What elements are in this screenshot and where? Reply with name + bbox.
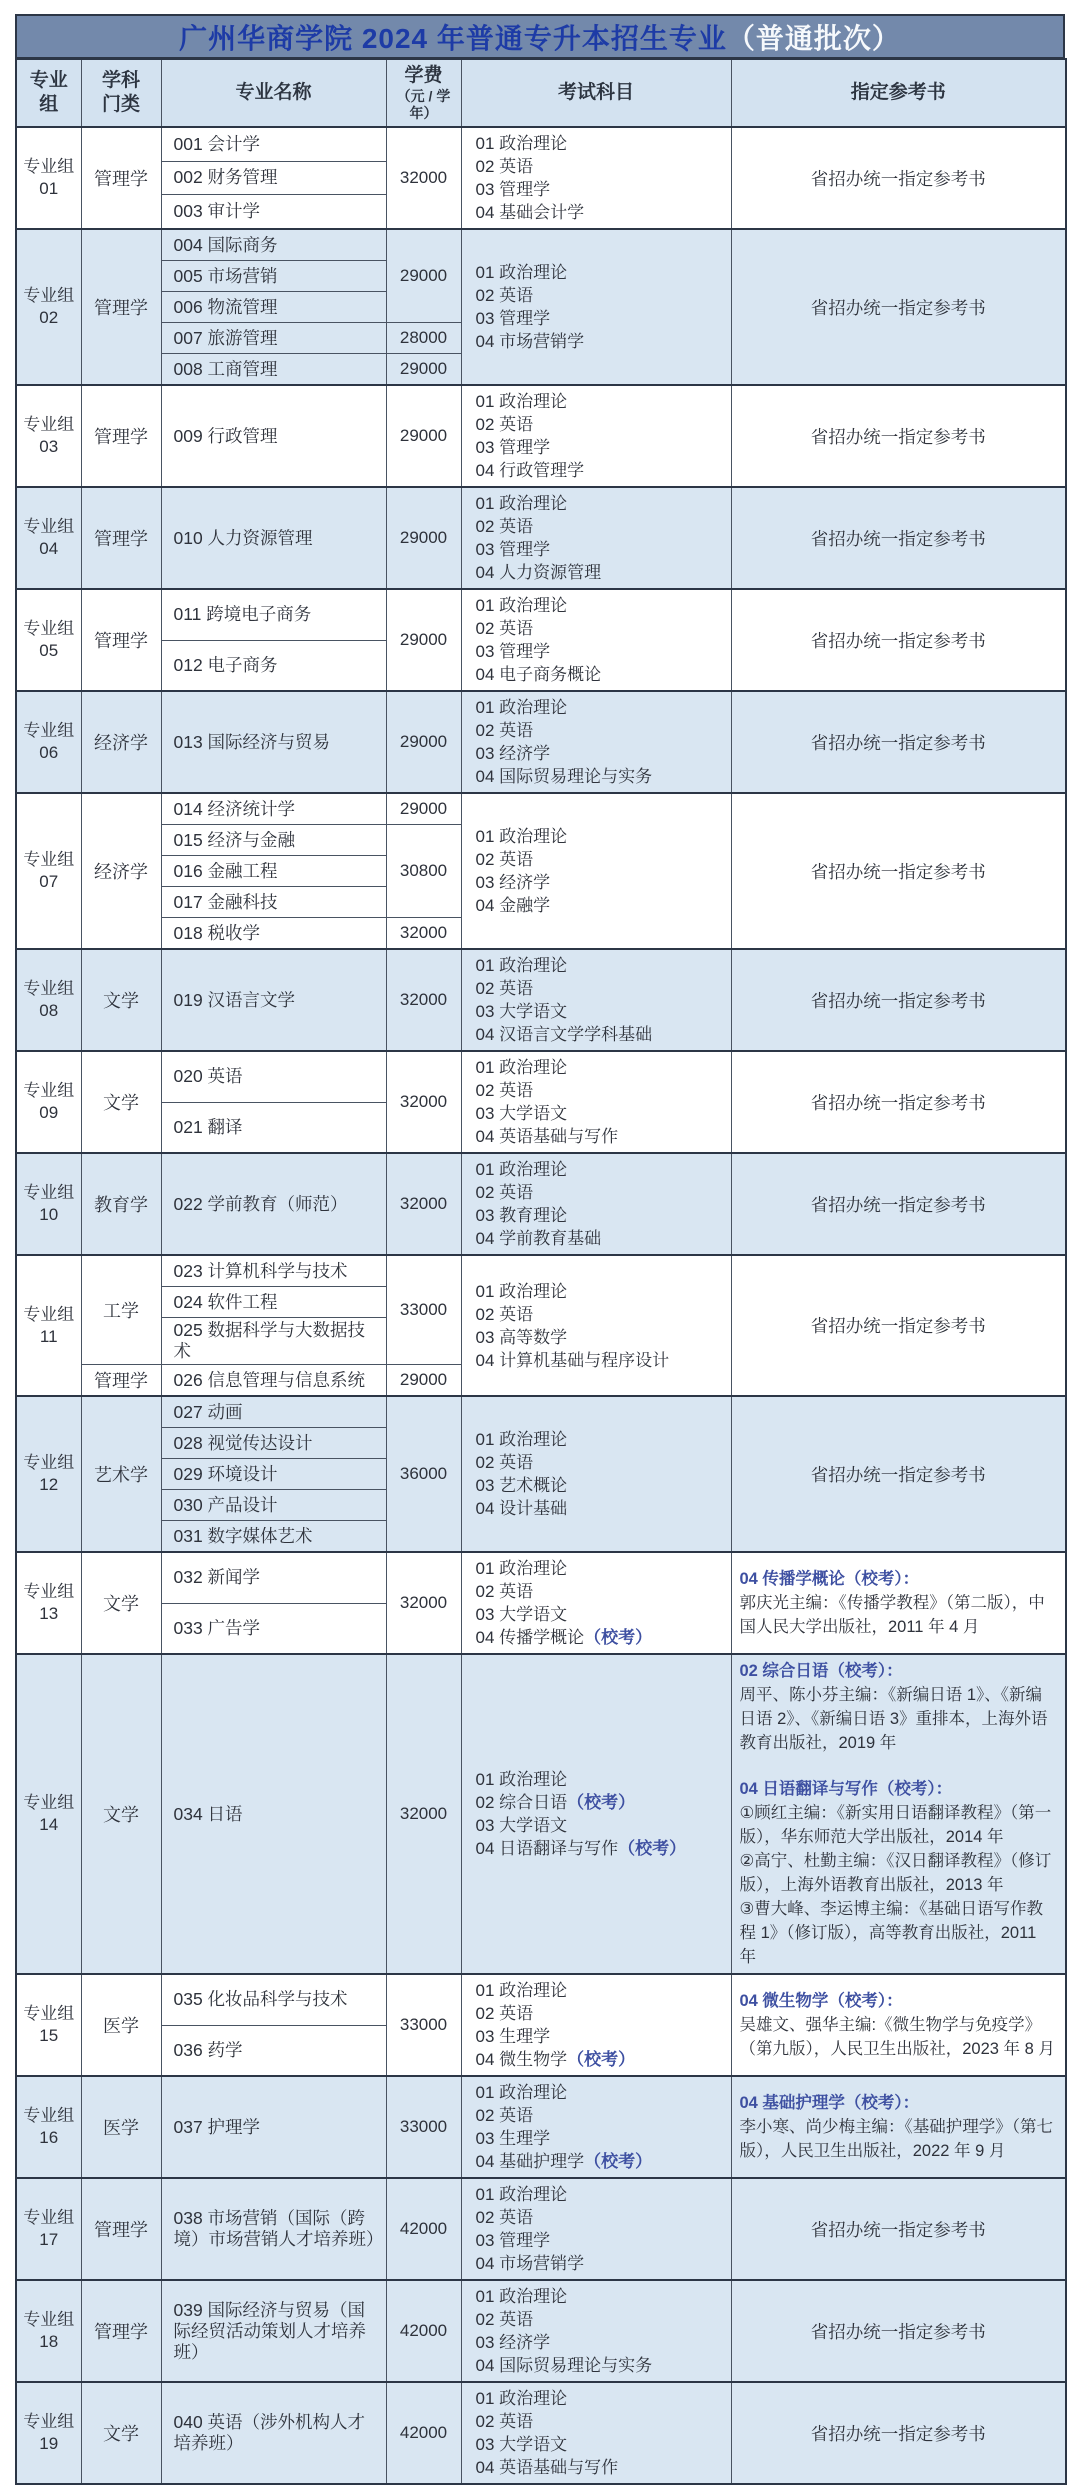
group-number: 11 [17,1326,81,1348]
group-label: 专业组 [17,414,81,436]
group-cell: 专业组11 [16,1255,81,1396]
reference-cell: 省招办统一指定参考书 [731,589,1066,691]
major-cell: 035 化妆品科学与技术 [161,1974,386,2025]
major-cell: 021 翻译 [161,1102,386,1153]
reference-title: 04 基础护理学（校考）： [740,2091,1058,2115]
tuition-cell: 29000 [386,385,461,487]
group-cell: 专业组09 [16,1051,81,1153]
major-name: 003 审计学 [174,199,380,225]
column-header-discipline-line1: 学科 [84,69,159,93]
standard-reference-text: 省招办统一指定参考书 [740,526,1058,551]
reference-cell: 省招办统一指定参考书 [731,385,1066,487]
admissions-table: 专业 组 学科 门类 专业名称 学费 （元 / 学年） 考试科目 指定参考书 专… [15,58,1067,2485]
exam-subject: 02 英语 [476,413,725,436]
subjects-cell: 01 政治理论02 英语03 经济学04 金融学 [461,793,731,949]
group-cell: 专业组14 [16,1654,81,1974]
table-row: 专业组04管理学010 人力资源管理2900001 政治理论02 英语03 管理… [16,487,1066,589]
table-row: 专业组06经济学013 国际经济与贸易2900001 政治理论02 英语03 经… [16,691,1066,793]
exam-subject: 02 英语 [476,284,725,307]
group-number: 04 [17,538,81,560]
exam-subject: 02 英语 [476,155,725,178]
group-cell: 专业组08 [16,949,81,1051]
standard-reference-text: 省招办统一指定参考书 [740,1090,1058,1115]
major-cell: 002 财务管理 [161,161,386,195]
standard-reference-text: 省招办统一指定参考书 [740,988,1058,1013]
discipline-cell: 管理学 [81,229,161,385]
exam-subject: 01 政治理论 [476,390,725,413]
tuition-cell: 32000 [386,1153,461,1255]
subjects-cell: 01 政治理论02 英语03 教育理论04 学前教育基础 [461,1153,731,1255]
tuition-cell: 29000 [386,1365,461,1397]
reference-cell: 省招办统一指定参考书 [731,2178,1066,2280]
tuition-cell: 29000 [386,229,461,323]
major-name: 032 新闻学 [174,1565,380,1591]
reference-cell: 省招办统一指定参考书 [731,2280,1066,2382]
group-number: 01 [17,178,81,200]
reference-title: 04 日语翻译与写作（校考）： [740,1777,1058,1801]
subjects-cell: 01 政治理论02 英语03 高等数学04 计算机基础与程序设计 [461,1255,731,1396]
exam-subject: 04 设计基础 [476,1497,725,1520]
group-cell: 专业组01 [16,127,81,229]
major-name: 034 日语 [174,1801,380,1827]
reference-cell: 省招办统一指定参考书 [731,1051,1066,1153]
tuition-cell: 29000 [386,793,461,825]
major-name: 031 数字媒体艺术 [174,1523,380,1549]
column-header-group-line1: 专业 [19,69,79,93]
major-cell: 004 国际商务 [161,229,386,261]
school-exam-note: （校考） [584,1628,652,1647]
group-cell: 专业组12 [16,1396,81,1552]
tuition-cell: 33000 [386,1255,461,1365]
exam-subject: 01 政治理论 [476,1158,725,1181]
tuition-cell: 33000 [386,2076,461,2178]
reference-cell: 04 基础护理学（校考）：李小寒、尚少梅主编：《基础护理学》（第七版），人民卫生… [731,2076,1066,2178]
major-name: 011 跨境电子商务 [174,602,380,628]
major-name: 006 物流管理 [174,294,380,320]
exam-subject: 01 政治理论 [476,261,725,284]
exam-subject: 01 政治理论 [476,2183,725,2206]
exam-subject: 01 政治理论 [476,1428,725,1451]
reference-cell: 省招办统一指定参考书 [731,1153,1066,1255]
subjects-cell: 01 政治理论02 英语03 管理学04 电子商务概论 [461,589,731,691]
subjects-cell: 01 政治理论02 综合日语（校考）03 大学语文04 日语翻译与写作（校考） [461,1654,731,1974]
tuition-cell: 36000 [386,1396,461,1552]
tuition-cell: 28000 [386,323,461,354]
group-number: 10 [17,1204,81,1226]
reference-line: ①顾红主编：《新实用日语翻译教程》（第一版），华东师范大学出版社，2014 年 [740,1801,1058,1849]
major-cell: 030 产品设计 [161,1490,386,1521]
standard-reference-text: 省招办统一指定参考书 [740,2217,1058,2242]
standard-reference-text: 省招办统一指定参考书 [740,295,1058,320]
exam-subject: 02 综合日语（校考） [476,1791,725,1814]
exam-subject: 03 大学语文 [476,1603,725,1626]
exam-subject: 03 管理学 [476,436,725,459]
reference-cell: 省招办统一指定参考书 [731,127,1066,229]
column-header-group: 专业 组 [16,59,81,127]
group-cell: 专业组16 [16,2076,81,2178]
exam-subject: 02 英语 [476,977,725,1000]
exam-subject: 04 传播学概论（校考） [476,1626,725,1649]
discipline-cell: 医学 [81,2076,161,2178]
subjects-cell: 01 政治理论02 英语03 大学语文04 汉语言文学学科基础 [461,949,731,1051]
major-name: 039 国际经济与贸易（国际经贸活动策划人才培养班） [174,2300,380,2363]
group-number: 06 [17,742,81,764]
group-label: 专业组 [17,2411,81,2433]
group-label: 专业组 [17,2003,81,2025]
group-label: 专业组 [17,720,81,742]
table-row: 专业组13文学032 新闻学3200001 政治理论02 英语03 大学语文04… [16,1552,1066,1603]
standard-reference-text: 省招办统一指定参考书 [740,166,1058,191]
major-cell: 019 汉语言文学 [161,949,386,1051]
tuition-cell: 32000 [386,1051,461,1153]
subjects-cell: 01 政治理论02 英语03 艺术概论04 设计基础 [461,1396,731,1552]
discipline-cell: 文学 [81,1552,161,1654]
table-row: 专业组09文学020 英语3200001 政治理论02 英语03 大学语文04 … [16,1051,1066,1102]
standard-reference-text: 省招办统一指定参考书 [740,2421,1058,2446]
exam-subject: 02 英语 [476,2206,725,2229]
major-name: 030 产品设计 [174,1492,380,1518]
exam-subject: 04 国际贸易理论与实务 [476,765,725,788]
exam-subject: 04 微生物学（校考） [476,2048,725,2071]
major-cell: 012 电子商务 [161,640,386,691]
group-label: 专业组 [17,156,81,178]
column-header-tuition: 学费 （元 / 学年） [386,59,461,127]
exam-subject: 04 学前教育基础 [476,1227,725,1250]
group-label: 专业组 [17,1182,81,1204]
exam-subject: 03 管理学 [476,538,725,561]
group-cell: 专业组13 [16,1552,81,1654]
reference-cell: 省招办统一指定参考书 [731,691,1066,793]
major-name: 017 金融科技 [174,889,380,915]
standard-reference-text: 省招办统一指定参考书 [740,1462,1058,1487]
major-cell: 024 软件工程 [161,1287,386,1318]
exam-subject: 04 市场营销学 [476,2252,725,2275]
major-cell: 003 审计学 [161,195,386,229]
subjects-cell: 01 政治理论02 英语03 生理学04 基础护理学（校考） [461,2076,731,2178]
exam-subject: 02 英语 [476,617,725,640]
reference-cell: 省招办统一指定参考书 [731,1396,1066,1552]
reference-line: 周平、陈小芬主编：《新编日语 1》、《新编日语 2》、《新编日语 3》重排本，上… [740,1683,1058,1755]
reference-block: 04 基础护理学（校考）：李小寒、尚少梅主编：《基础护理学》（第七版），人民卫生… [740,2091,1058,2163]
exam-subject: 02 英语 [476,1181,725,1204]
reference-line: 李小寒、尚少梅主编：《基础护理学》（第七版），人民卫生出版社，2022 年 9 … [740,2115,1058,2163]
exam-subject: 03 艺术概论 [476,1474,725,1497]
reference-line: 郭庆光主编：《传播学教程》（第二版），中国人民大学出版社，2011 年 4 月 [740,1591,1058,1639]
tuition-cell: 32000 [386,918,461,950]
column-header-reference: 指定参考书 [731,59,1066,127]
group-number: 05 [17,640,81,662]
major-cell: 033 广告学 [161,1603,386,1654]
reference-cell: 04 传播学概论（校考）：郭庆光主编：《传播学教程》（第二版），中国人民大学出版… [731,1552,1066,1654]
group-label: 专业组 [17,2105,81,2127]
table-row: 专业组14文学034 日语3200001 政治理论02 综合日语（校考）03 大… [16,1654,1066,1974]
reference-line: ②高宁、杜勤主编：《汉日翻译教程》（修订版），上海外语教育出版社，2013 年 [740,1849,1058,1897]
tuition-cell: 33000 [386,1974,461,2076]
subjects-cell: 01 政治理论02 英语03 大学语文04 英语基础与写作 [461,1051,731,1153]
major-name: 033 广告学 [174,1615,380,1641]
standard-reference-text: 省招办统一指定参考书 [740,1192,1058,1217]
exam-subject: 04 市场营销学 [476,330,725,353]
major-name: 007 旅游管理 [174,325,380,351]
major-name: 025 数据科学与大数据技术 [174,1320,380,1362]
discipline-cell: 管理学 [81,2178,161,2280]
major-name: 026 信息管理与信息系统 [174,1367,380,1393]
major-name: 023 计算机科学与技术 [174,1258,380,1284]
school-exam-note: （校考） [584,2152,652,2171]
discipline-cell: 管理学 [81,2280,161,2382]
reference-cell: 02 综合日语（校考）：周平、陈小芬主编：《新编日语 1》、《新编日语 2》、《… [731,1654,1066,1974]
standard-reference-text: 省招办统一指定参考书 [740,628,1058,653]
exam-subject: 03 大学语文 [476,1814,725,1837]
exam-subject: 04 日语翻译与写作（校考） [476,1837,725,1860]
column-header-major: 专业名称 [161,59,386,127]
group-number: 19 [17,2433,81,2455]
exam-subject: 01 政治理论 [476,1056,725,1079]
group-cell: 专业组10 [16,1153,81,1255]
table-row: 专业组01管理学001 会计学3200001 政治理论02 英语03 管理学04… [16,127,1066,161]
table-row: 专业组12艺术学027 动画3600001 政治理论02 英语03 艺术概论04… [16,1396,1066,1428]
discipline-cell: 工学 [81,1255,161,1365]
table-row: 专业组16医学037 护理学3300001 政治理论02 英语03 生理学04 … [16,2076,1066,2178]
discipline-cell: 文学 [81,1051,161,1153]
exam-subject: 03 大学语文 [476,1102,725,1125]
subjects-cell: 01 政治理论02 英语03 管理学04 基础会计学 [461,127,731,229]
group-number: 14 [17,1814,81,1836]
subjects-cell: 01 政治理论02 英语03 管理学04 市场营销学 [461,229,731,385]
major-cell: 006 物流管理 [161,292,386,323]
major-name: 027 动画 [174,1399,380,1425]
exam-subject: 01 政治理论 [476,825,725,848]
major-name: 018 税收学 [174,920,380,946]
standard-reference-text: 省招办统一指定参考书 [740,424,1058,449]
discipline-cell: 管理学 [81,1365,161,1397]
subjects-cell: 01 政治理论02 英语03 大学语文04 传播学概论（校考） [461,1552,731,1654]
group-cell: 专业组07 [16,793,81,949]
exam-subject: 04 行政管理学 [476,459,725,482]
table-row: 专业组11工学023 计算机科学与技术3300001 政治理论02 英语03 高… [16,1255,1066,1287]
page-title: 广州华商学院 2024 年普通专升本招生专业（普通批次） [15,14,1065,58]
major-cell: 038 市场营销（国际（跨境）市场营销人才培养班） [161,2178,386,2280]
group-number: 13 [17,1603,81,1625]
group-number: 16 [17,2127,81,2149]
tuition-cell: 32000 [386,949,461,1051]
major-cell: 025 数据科学与大数据技术 [161,1318,386,1365]
tuition-cell: 42000 [386,2280,461,2382]
group-number: 15 [17,2025,81,2047]
standard-reference-text: 省招办统一指定参考书 [740,1313,1058,1338]
school-exam-note: （校考） [618,1839,686,1858]
group-label: 专业组 [17,1304,81,1326]
group-number: 12 [17,1474,81,1496]
reference-cell: 省招办统一指定参考书 [731,1255,1066,1396]
major-cell: 036 药学 [161,2025,386,2076]
major-cell: 017 金融科技 [161,887,386,918]
column-header-tuition-line2: （元 / 学年） [389,88,459,122]
standard-reference-text: 省招办统一指定参考书 [740,2319,1058,2344]
exam-subject: 01 政治理论 [476,492,725,515]
major-cell: 034 日语 [161,1654,386,1974]
discipline-cell: 管理学 [81,127,161,229]
discipline-cell: 经济学 [81,691,161,793]
major-name: 015 经济与金融 [174,827,380,853]
tuition-cell: 29000 [386,487,461,589]
subjects-cell: 01 政治理论02 英语03 生理学04 微生物学（校考） [461,1974,731,2076]
group-cell: 专业组06 [16,691,81,793]
major-name: 021 翻译 [174,1114,380,1140]
table-row: 专业组07经济学014 经济统计学2900001 政治理论02 英语03 经济学… [16,793,1066,825]
group-label: 专业组 [17,978,81,1000]
exam-subject: 04 计算机基础与程序设计 [476,1349,725,1372]
exam-subject: 03 管理学 [476,2229,725,2252]
reference-cell: 省招办统一指定参考书 [731,793,1066,949]
major-name: 004 国际商务 [174,232,380,258]
standard-reference-text: 省招办统一指定参考书 [740,730,1058,755]
admissions-table-page: 广州华商学院 2024 年普通专升本招生专业（普通批次） 专业 组 学科 门类 … [15,14,1065,2485]
major-name: 035 化妆品科学与技术 [174,1987,380,2013]
major-name: 005 市场营销 [174,263,380,289]
major-name: 036 药学 [174,2037,380,2063]
major-name: 020 英语 [174,1064,380,1090]
exam-subject: 04 英语基础与写作 [476,2456,725,2479]
group-number: 17 [17,2229,81,2251]
column-header-group-line2: 组 [19,93,79,117]
header-row: 专业 组 学科 门类 专业名称 学费 （元 / 学年） 考试科目 指定参考书 [16,59,1066,127]
exam-subject: 01 政治理论 [476,954,725,977]
major-cell: 029 环境设计 [161,1459,386,1490]
exam-subject: 04 英语基础与写作 [476,1125,725,1148]
major-cell: 005 市场营销 [161,261,386,292]
reference-line: ③曹大峰、李运博主编：《基础日语写作教程 1》（修订版），高等教育出版社，201… [740,1897,1058,1969]
major-name: 012 电子商务 [174,652,380,678]
reference-cell: 04 微生物学（校考）：吴雄文、强华主编:《微生物学与免疫学》（第九版），人民卫… [731,1974,1066,2076]
table-row: 专业组03管理学009 行政管理2900001 政治理论02 英语03 管理学0… [16,385,1066,487]
major-name: 024 软件工程 [174,1289,380,1315]
discipline-cell: 文学 [81,1654,161,1974]
exam-subject: 02 英语 [476,515,725,538]
exam-subject: 02 英语 [476,1303,725,1326]
exam-subject: 02 英语 [476,1580,725,1603]
group-number: 09 [17,1102,81,1124]
major-name: 022 学前教育（师范） [174,1191,380,1217]
reference-block: 04 日语翻译与写作（校考）：①顾红主编：《新实用日语翻译教程》（第一版），华东… [740,1777,1058,1969]
major-cell: 023 计算机科学与技术 [161,1255,386,1287]
exam-subject: 03 大学语文 [476,1000,725,1023]
group-number: 18 [17,2331,81,2353]
table-row: 专业组17管理学038 市场营销（国际（跨境）市场营销人才培养班）4200001… [16,2178,1066,2280]
table-row: 专业组15医学035 化妆品科学与技术3300001 政治理论02 英语03 生… [16,1974,1066,2025]
exam-subject: 03 管理学 [476,307,725,330]
major-cell: 001 会计学 [161,127,386,161]
group-label: 专业组 [17,1581,81,1603]
exam-subject: 03 生理学 [476,2025,725,2048]
group-label: 专业组 [17,285,81,307]
reference-title: 02 综合日语（校考）： [740,1659,1058,1683]
group-cell: 专业组02 [16,229,81,385]
exam-subject: 03 经济学 [476,2331,725,2354]
tuition-cell: 32000 [386,1552,461,1654]
group-label: 专业组 [17,1080,81,1102]
major-cell: 013 国际经济与贸易 [161,691,386,793]
group-label: 专业组 [17,1792,81,1814]
major-name: 037 护理学 [174,2114,380,2140]
page-title-main: 广州华商学院 2024 年普通专升本招生专业 [179,17,727,57]
group-cell: 专业组17 [16,2178,81,2280]
table-row: 专业组10教育学022 学前教育（师范）3200001 政治理论02 英语03 … [16,1153,1066,1255]
exam-subject: 03 大学语文 [476,2433,725,2456]
major-name: 001 会计学 [174,131,380,157]
major-cell: 032 新闻学 [161,1552,386,1603]
reference-line: 吴雄文、强华主编:《微生物学与免疫学》（第九版），人民卫生出版社，2023 年 … [740,2013,1058,2061]
column-header-discipline: 学科 门类 [81,59,161,127]
table-row: 专业组18管理学039 国际经济与贸易（国际经贸活动策划人才培养班）420000… [16,2280,1066,2382]
group-cell: 专业组04 [16,487,81,589]
group-label: 专业组 [17,2207,81,2229]
tuition-cell: 29000 [386,691,461,793]
group-label: 专业组 [17,618,81,640]
major-name: 019 汉语言文学 [174,987,380,1013]
group-number: 07 [17,871,81,893]
exam-subject: 02 英语 [476,1079,725,1102]
group-cell: 专业组03 [16,385,81,487]
exam-subject: 02 英语 [476,2002,725,2025]
exam-subject: 02 英语 [476,719,725,742]
tuition-cell: 32000 [386,1654,461,1974]
discipline-cell: 管理学 [81,385,161,487]
school-exam-note: （校考） [567,2050,635,2069]
major-cell: 008 工商管理 [161,354,386,386]
exam-subject: 04 电子商务概论 [476,663,725,686]
discipline-cell: 文学 [81,949,161,1051]
group-label: 专业组 [17,1452,81,1474]
group-number: 02 [17,307,81,329]
subjects-cell: 01 政治理论02 英语03 经济学04 国际贸易理论与实务 [461,2280,731,2382]
major-name: 002 财务管理 [174,165,380,191]
major-cell: 031 数字媒体艺术 [161,1521,386,1553]
subjects-cell: 01 政治理论02 英语03 管理学04 市场营销学 [461,2178,731,2280]
tuition-cell: 32000 [386,127,461,229]
subjects-cell: 01 政治理论02 英语03 经济学04 国际贸易理论与实务 [461,691,731,793]
major-name: 028 视觉传达设计 [174,1430,380,1456]
exam-subject: 03 教育理论 [476,1204,725,1227]
group-number: 03 [17,436,81,458]
exam-subject: 02 英语 [476,848,725,871]
group-cell: 专业组05 [16,589,81,691]
exam-subject: 03 管理学 [476,640,725,663]
exam-subject: 01 政治理论 [476,1768,725,1791]
exam-subject: 03 高等数学 [476,1326,725,1349]
major-cell: 020 英语 [161,1051,386,1102]
exam-subject: 03 管理学 [476,178,725,201]
exam-subject: 04 基础会计学 [476,201,725,224]
major-name: 038 市场营销（国际（跨境）市场营销人才培养班） [174,2208,380,2250]
exam-subject: 03 经济学 [476,742,725,765]
tuition-cell: 29000 [386,354,461,386]
discipline-cell: 经济学 [81,793,161,949]
group-number: 08 [17,1000,81,1022]
major-cell: 009 行政管理 [161,385,386,487]
major-name: 013 国际经济与贸易 [174,729,380,755]
major-name: 014 经济统计学 [174,796,380,822]
group-cell: 专业组15 [16,1974,81,2076]
table-row: 专业组08文学019 汉语言文学3200001 政治理论02 英语03 大学语文… [16,949,1066,1051]
exam-subject: 01 政治理论 [476,2387,725,2410]
standard-reference-text: 省招办统一指定参考书 [740,859,1058,884]
discipline-cell: 艺术学 [81,1396,161,1552]
major-name: 009 行政管理 [174,423,380,449]
exam-subject: 04 汉语言文学学科基础 [476,1023,725,1046]
major-name: 010 人力资源管理 [174,525,380,551]
exam-subject: 01 政治理论 [476,594,725,617]
